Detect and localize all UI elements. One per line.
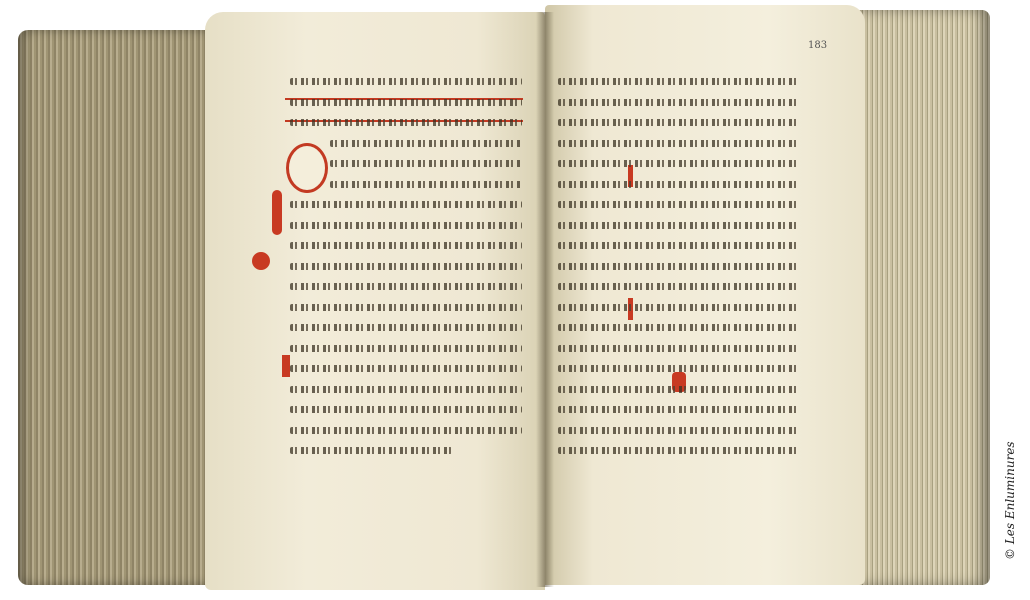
folio-number: 183 — [808, 40, 827, 51]
open-manuscript: 183 © Les Enluminures — [0, 0, 1030, 600]
right-page-text — [558, 72, 798, 462]
copyright-credit: © Les Enluminures — [1003, 441, 1017, 560]
rubric-paragraph-mark — [282, 355, 290, 377]
right-page-edges — [855, 10, 990, 585]
rubric-flourish — [272, 190, 282, 235]
book-gutter — [536, 12, 554, 587]
left-page-edges — [18, 30, 218, 585]
left-page-text — [290, 72, 522, 462]
rubric-dots — [252, 252, 270, 270]
